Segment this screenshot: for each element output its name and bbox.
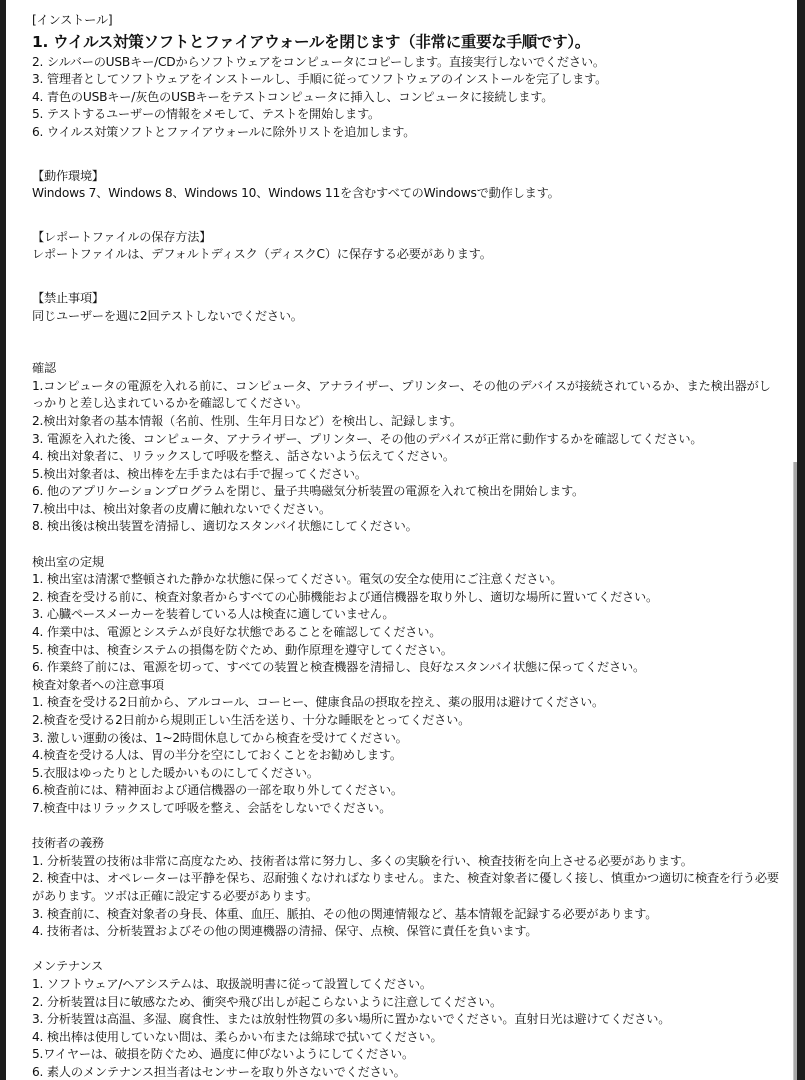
subject-notes-item: 2.検査を受ける2日前から規則正しい生活を送り、十分な睡眠をとってください。 bbox=[32, 712, 782, 730]
confirm-item: 7.検出中は、検出対象者の皮膚に触れないでください。 bbox=[32, 501, 782, 519]
prohibited-heading: 【禁止事項】 bbox=[32, 290, 782, 308]
confirm-heading: 確認 bbox=[32, 360, 782, 378]
prohibited-section: 【禁止事項】 同じユーザーを週に2回テストしないでください。 bbox=[32, 290, 782, 325]
subject-notes-item: 7.検査中はリラックスして呼吸を整え、会話をしないでください。 bbox=[32, 800, 782, 818]
window-border bbox=[797, 0, 805, 1080]
document-content: [インストール] 1. ウイルス対策ソフトとファイアウォールを閉じます（非常に重… bbox=[32, 12, 782, 1080]
subject-notes-item: 6.検査前には、精神面および通信機器の一部を取り外してください。 bbox=[32, 782, 782, 800]
room-rules-item: 6. 作業終了前には、電源を切って、すべての装置と検査機器を清掃し、良好なスタン… bbox=[32, 659, 782, 677]
maintenance-item: 2. 分析装置は目に敏感なため、衝突や飛び出しが起こらないように注意してください… bbox=[32, 994, 782, 1012]
install-item: 5. テストするユーザーの情報をメモして、テストを開始します。 bbox=[32, 106, 782, 124]
room-rules-item: 3. 心臓ペースメーカーを装着している人は検査に適していません。 bbox=[32, 606, 782, 624]
confirm-item: 5.検出対象者は、検出棒を左手または右手で握ってください。 bbox=[32, 466, 782, 484]
confirm-item: 3. 電源を入れた後、コンピュータ、アナライザー、プリンター、その他のデバイスが… bbox=[32, 431, 782, 449]
maintenance-item: 5.ワイヤーは、破損を防ぐため、過度に伸びないようにしてください。 bbox=[32, 1046, 782, 1064]
subject-notes-item: 1. 検査を受ける2日前から、アルコール、コーヒー、健康食品の摂取を控え、薬の服… bbox=[32, 694, 782, 712]
report-heading: 【レポートファイルの保存方法】 bbox=[32, 229, 782, 247]
subject-notes-section: 検査対象者への注意事項 1. 検査を受ける2日前から、アルコール、コーヒー、健康… bbox=[32, 677, 782, 818]
install-section: [インストール] 1. ウイルス対策ソフトとファイアウォールを閉じます（非常に重… bbox=[32, 12, 782, 142]
install-item: 3. 管理者としてソフトウェアをインストールし、手順に従ってソフトウェアのインス… bbox=[32, 71, 782, 89]
technician-item: 2. 検査中は、オペレーターは平静を保ち、忍耐強くなければなりません。また、検査… bbox=[32, 870, 782, 905]
room-rules-item: 2. 検査を受ける前に、検査対象者からすべての心肺機能および通信機器を取り外し、… bbox=[32, 589, 782, 607]
room-rules-item: 1. 検出室は清潔で整頓された静かな状態に保ってください。電気の安全な使用にご注… bbox=[32, 571, 782, 589]
confirm-item: 6. 他のアプリケーションプログラムを閉じ、量子共鳴磁気分析装置の電源を入れて検… bbox=[32, 483, 782, 501]
subject-notes-heading: 検査対象者への注意事項 bbox=[32, 677, 782, 695]
install-item: 1. ウイルス対策ソフトとファイアウォールを閉じます（非常に重要な手順です）。 bbox=[32, 30, 782, 54]
technician-item: 1. 分析装置の技術は非常に高度なため、技術者は常に努力し、多くの実験を行い、検… bbox=[32, 853, 782, 871]
report-text: レポートファイルは、デフォルトディスク（ディスクC）に保存する必要があります。 bbox=[32, 246, 782, 264]
technician-item: 4. 技術者は、分析装置およびその他の関連機器の清掃、保守、点検、保管に責任を負… bbox=[32, 923, 782, 941]
spacer bbox=[32, 818, 782, 836]
room-rules-section: 検出室の定規 1. 検出室は清潔で整頓された静かな状態に保ってください。電気の安… bbox=[32, 554, 782, 677]
install-item: 6. ウイルス対策ソフトとファイアウォールに除外リストを追加します。 bbox=[32, 124, 782, 142]
confirm-item: 4. 検出対象者に、リラックスして呼吸を整え、話さないよう伝えてください。 bbox=[32, 448, 782, 466]
spacer bbox=[32, 264, 782, 290]
technician-item: 3. 検査前に、検査対象者の身長、体重、血圧、脈拍、その他の関連情報など、基本情… bbox=[32, 906, 782, 924]
document-page: [インストール] 1. ウイルス対策ソフトとファイアウォールを閉じます（非常に重… bbox=[6, 0, 792, 1080]
confirm-item: 2.検出対象者の基本情報（名前、性別、生年月日など）を検出し、記録します。 bbox=[32, 413, 782, 431]
spacer bbox=[32, 536, 782, 554]
spacer bbox=[32, 325, 782, 351]
room-rules-item: 4. 作業中は、電源とシステムが良好な状態であることを確認してください。 bbox=[32, 624, 782, 642]
spacer bbox=[32, 142, 782, 168]
install-item: 2. シルバーのUSBキー/CDからソフトウェアをコンピュータにコピーします。直… bbox=[32, 54, 782, 72]
room-rules-heading: 検出室の定規 bbox=[32, 554, 782, 572]
room-rules-item: 5. 検査中は、検査システムの損傷を防ぐため、動作原理を遵守してください。 bbox=[32, 642, 782, 660]
subject-notes-item: 4.検査を受ける人は、胃の半分を空にしておくことをお勧めします。 bbox=[32, 747, 782, 765]
spacer bbox=[32, 941, 782, 959]
install-item: 4. 青色のUSBキー/灰色のUSBキーをテストコンピュータに挿入し、コンピュー… bbox=[32, 89, 782, 107]
install-heading: [インストール] bbox=[32, 12, 782, 30]
environment-heading: 【動作環境】 bbox=[32, 168, 782, 186]
maintenance-item: 4. 検出棒は使用していない間は、柔らかい布または綿球で拭いてください。 bbox=[32, 1029, 782, 1047]
maintenance-item: 1. ソフトウェア/ヘアシステムは、取扱説明書に従って設置してください。 bbox=[32, 976, 782, 994]
report-section: 【レポートファイルの保存方法】 レポートファイルは、デフォルトディスク（ディスク… bbox=[32, 229, 782, 264]
confirm-item: 1.コンピュータの電源を入れる前に、コンピュータ、アナライザー、プリンター、その… bbox=[32, 378, 782, 413]
spacer bbox=[32, 203, 782, 229]
confirm-section: 確認 1.コンピュータの電源を入れる前に、コンピュータ、アナライザー、プリンター… bbox=[32, 360, 782, 536]
maintenance-section: メンテナンス 1. ソフトウェア/ヘアシステムは、取扱説明書に従って設置してくだ… bbox=[32, 958, 782, 1080]
spacer bbox=[32, 351, 782, 360]
technician-heading: 技術者の義務 bbox=[32, 835, 782, 853]
prohibited-text: 同じユーザーを週に2回テストしないでください。 bbox=[32, 308, 782, 326]
subject-notes-item: 3. 激しい運動の後は、1~2時間休息してから検査を受けてください。 bbox=[32, 730, 782, 748]
environment-text: Windows 7、Windows 8、Windows 10、Windows 1… bbox=[32, 185, 782, 203]
technician-section: 技術者の義務 1. 分析装置の技術は非常に高度なため、技術者は常に努力し、多くの… bbox=[32, 835, 782, 941]
confirm-item: 8. 検出後は検出装置を清掃し、適切なスタンバイ状態にしてください。 bbox=[32, 518, 782, 536]
maintenance-item: 3. 分析装置は高温、多湿、腐食性、または放射性物質の多い場所に置かないでくださ… bbox=[32, 1011, 782, 1029]
subject-notes-item: 5.衣服はゆったりとした暖かいものにしてください。 bbox=[32, 765, 782, 783]
maintenance-heading: メンテナンス bbox=[32, 958, 782, 976]
environment-section: 【動作環境】 Windows 7、Windows 8、Windows 10、Wi… bbox=[32, 168, 782, 203]
maintenance-item: 6. 素人のメンテナンス担当者はセンサーを取り外さないでください。 bbox=[32, 1064, 782, 1080]
